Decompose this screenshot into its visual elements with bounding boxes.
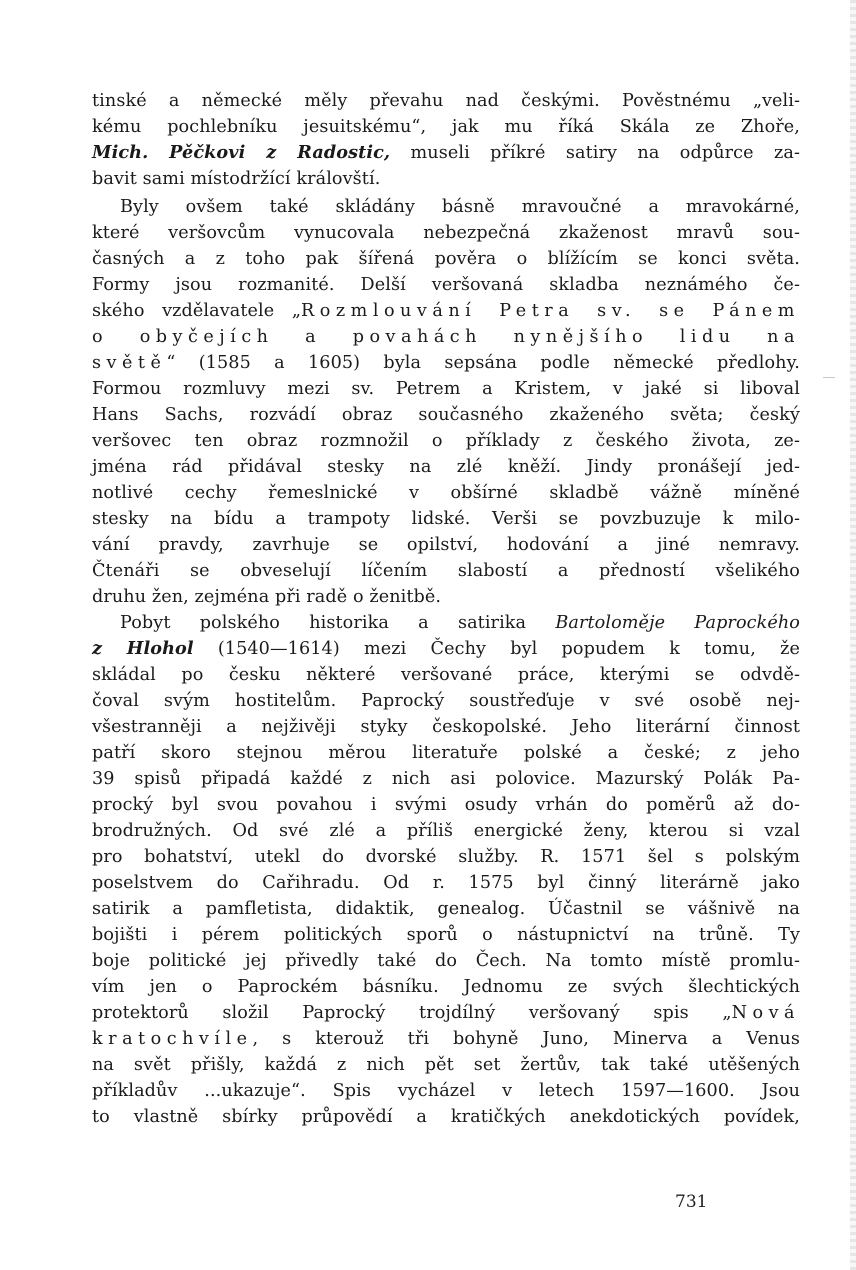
line-text: protektorů složil Paprocký trojdílný ver… xyxy=(92,1003,732,1023)
line-text: Hans Sachs, rozvádí obraz současného zka… xyxy=(92,405,800,425)
line-text: procký byl svou povahou i svými osudy vr… xyxy=(92,795,800,815)
text-line: kému pochlebníku jesuitskému“, jak mu ří… xyxy=(92,114,800,140)
line-text: notlivé cechy řemeslnické v obšírné skla… xyxy=(92,483,800,503)
line-text: vím jen o Paprockém básníku. Jednomu ze … xyxy=(92,977,800,997)
text-line: to vlastně sbírky průpovědí a kratičkých… xyxy=(92,1104,800,1130)
text-line: příkladův ...ukazuje“. Spis vycházel v l… xyxy=(92,1078,800,1104)
line-text: pro bohatství, utekl do dvorské služby. … xyxy=(92,847,800,867)
line-text: skládal po česku některé veršované práce… xyxy=(92,665,800,685)
line-text: které veršovcům vynucovala nebezpečná zk… xyxy=(92,223,800,243)
line-text: stesky na bídu a trampoty lidské. Verši … xyxy=(92,509,800,529)
line-text: Pobyt polského historika a satirika xyxy=(120,613,555,633)
margin-mark xyxy=(823,377,835,378)
text-line: druhu žen, zejména při radě o ženitbě. xyxy=(92,584,800,610)
text-line: poselstvem do Cařihradu. Od r. 1575 byl … xyxy=(92,870,800,896)
text-line: ského vzdělavatele „Rozmlouvání Petra sv… xyxy=(92,298,800,324)
text-line: Čtenáři se obveselují líčením slabostí a… xyxy=(92,558,800,584)
line-text: čoval svým hostitelům. Paprocký soustřeď… xyxy=(92,691,800,711)
text-line: čoval svým hostitelům. Paprocký soustřeď… xyxy=(92,688,800,714)
line-text: to vlastně sbírky průpovědí a kratičkých… xyxy=(92,1107,800,1127)
line-text: (1540—1614) mezi Čechy byl popudem k tom… xyxy=(194,639,800,659)
text-line: vání pravdy, zavrhuje se opilství, hodov… xyxy=(92,532,800,558)
text-line: všestranněji a nejživěji styky českopols… xyxy=(92,714,800,740)
work-title: světě xyxy=(92,353,166,373)
text-line: časných a z toho pak šířená pověra o blí… xyxy=(92,246,800,272)
text-line: boje politické jej přivedly také do Čech… xyxy=(92,948,800,974)
text-line: které veršovcům vynucovala nebezpečná zk… xyxy=(92,220,800,246)
line-text: 39 spisů připadá každé z nich asi polovi… xyxy=(92,769,800,789)
person-name: Bartoloměje Paprockého xyxy=(555,613,800,633)
line-text: bojišti i pérem politických sporů o nást… xyxy=(92,925,800,945)
text-line: Byly ovšem také skládány básně mravoučné… xyxy=(120,194,800,220)
text-line: notlivé cechy řemeslnické v obšírné skla… xyxy=(92,480,800,506)
line-text: kému pochlebníku jesuitskému“, jak mu ří… xyxy=(92,117,800,137)
page-edge xyxy=(850,0,856,1270)
text-line: tinské a německé měly převahu nad českým… xyxy=(92,88,800,114)
text-line: vím jen o Paprockém básníku. Jednomu ze … xyxy=(92,974,800,1000)
line-text: příkladův ...ukazuje“. Spis vycházel v l… xyxy=(92,1081,800,1101)
text-line: Formy jsou rozmanité. Delší veršovaná sk… xyxy=(92,272,800,298)
text-line: bojišti i pérem politických sporů o nást… xyxy=(92,922,800,948)
line-text: jména rád přidával stesky na zlé kněží. … xyxy=(92,457,800,477)
text-line: na svět přišly, každá z nich pět set žer… xyxy=(92,1052,800,1078)
line-text: patří skoro stejnou měrou literatuře pol… xyxy=(92,743,800,763)
text-line: satirik a pamfletista, didaktik, genealo… xyxy=(92,896,800,922)
line-text: bavit sami místodržící královští. xyxy=(92,169,380,189)
text-line: veršovec ten obraz rozmnožil o příklady … xyxy=(92,428,800,454)
text-line: Pobyt polského historika a satirika Bart… xyxy=(120,610,800,636)
line-text: Formou rozmluvy mezi sv. Petrem a Kriste… xyxy=(92,379,800,399)
line-text: vání pravdy, zavrhuje se opilství, hodov… xyxy=(92,535,800,555)
line-text: “ (1585 a 1605) byla sepsána podle němec… xyxy=(166,353,800,373)
work-title: Rozmlouvání Petra sv. se Pánem xyxy=(301,301,800,321)
line-text: boje politické jej přivedly také do Čech… xyxy=(92,951,800,971)
work-title: o obyčejích a povahách nynějšího lidu na xyxy=(92,327,800,347)
text-line: světě“ (1585 a 1605) byla sepsána podle … xyxy=(92,350,800,376)
line-text: druhu žen, zejména při radě o ženitbě. xyxy=(92,587,441,607)
line-text: na svět přišly, každá z nich pět set žer… xyxy=(92,1055,800,1075)
work-title: kratochvíle xyxy=(92,1029,253,1049)
line-text: Čtenáři se obveselují líčením slabostí a… xyxy=(92,561,800,581)
line-text: ského vzdělavatele „ xyxy=(92,301,301,321)
line-text: veršovec ten obraz rozmnožil o příklady … xyxy=(92,431,800,451)
line-text: brodružných. Od své zlé a příliš energic… xyxy=(92,821,800,841)
text-line: jména rád přidával stesky na zlé kněží. … xyxy=(92,454,800,480)
text-line: pro bohatství, utekl do dvorské služby. … xyxy=(92,844,800,870)
work-title: Nová xyxy=(732,1003,800,1023)
text-line: Hans Sachs, rozvádí obraz současného zka… xyxy=(92,402,800,428)
line-text: časných a z toho pak šířená pověra o blí… xyxy=(92,249,800,269)
text-line: protektorů složil Paprocký trojdílný ver… xyxy=(92,1000,800,1026)
line-text: satirik a pamfletista, didaktik, genealo… xyxy=(92,899,800,919)
text-line: skládal po česku některé veršované práce… xyxy=(92,662,800,688)
text-line: 39 spisů připadá každé z nich asi polovi… xyxy=(92,766,800,792)
line-text: museli příkré satiry na odpůrce za- xyxy=(390,143,800,163)
text-line: bavit sami místodržící královští. xyxy=(92,166,800,192)
page-number: 731 xyxy=(675,1192,707,1212)
line-text: všestranněji a nejživěji styky českopols… xyxy=(92,717,800,737)
text-line: stesky na bídu a trampoty lidské. Verši … xyxy=(92,506,800,532)
line-text: Formy jsou rozmanité. Delší veršovaná sk… xyxy=(92,275,800,295)
person-name: z Hlohol xyxy=(92,638,194,659)
text-line: brodružných. Od své zlé a příliš energic… xyxy=(92,818,800,844)
line-text: , s kterouž tři bohyně Juno, Minerva a V… xyxy=(253,1029,800,1049)
line-text: tinské a německé měly převahu nad českým… xyxy=(92,91,800,111)
line-text: Byly ovšem také skládány básně mravoučné… xyxy=(120,197,800,217)
line-text: poselstvem do Cařihradu. Od r. 1575 byl … xyxy=(92,873,800,893)
text-line: z Hlohol (1540—1614) mezi Čechy byl popu… xyxy=(92,636,800,662)
text-line: kratochvíle, s kterouž tři bohyně Juno, … xyxy=(92,1026,800,1052)
text-line: o obyčejích a povahách nynějšího lidu na xyxy=(92,324,800,350)
text-line: Mich. Pěčkovi z Radostic, museli příkré … xyxy=(92,140,800,166)
text-line: patří skoro stejnou měrou literatuře pol… xyxy=(92,740,800,766)
text-line: procký byl svou povahou i svými osudy vr… xyxy=(92,792,800,818)
person-name: Mich. Pěčkovi z Radostic, xyxy=(92,142,390,163)
text-line: Formou rozmluvy mezi sv. Petrem a Kriste… xyxy=(92,376,800,402)
